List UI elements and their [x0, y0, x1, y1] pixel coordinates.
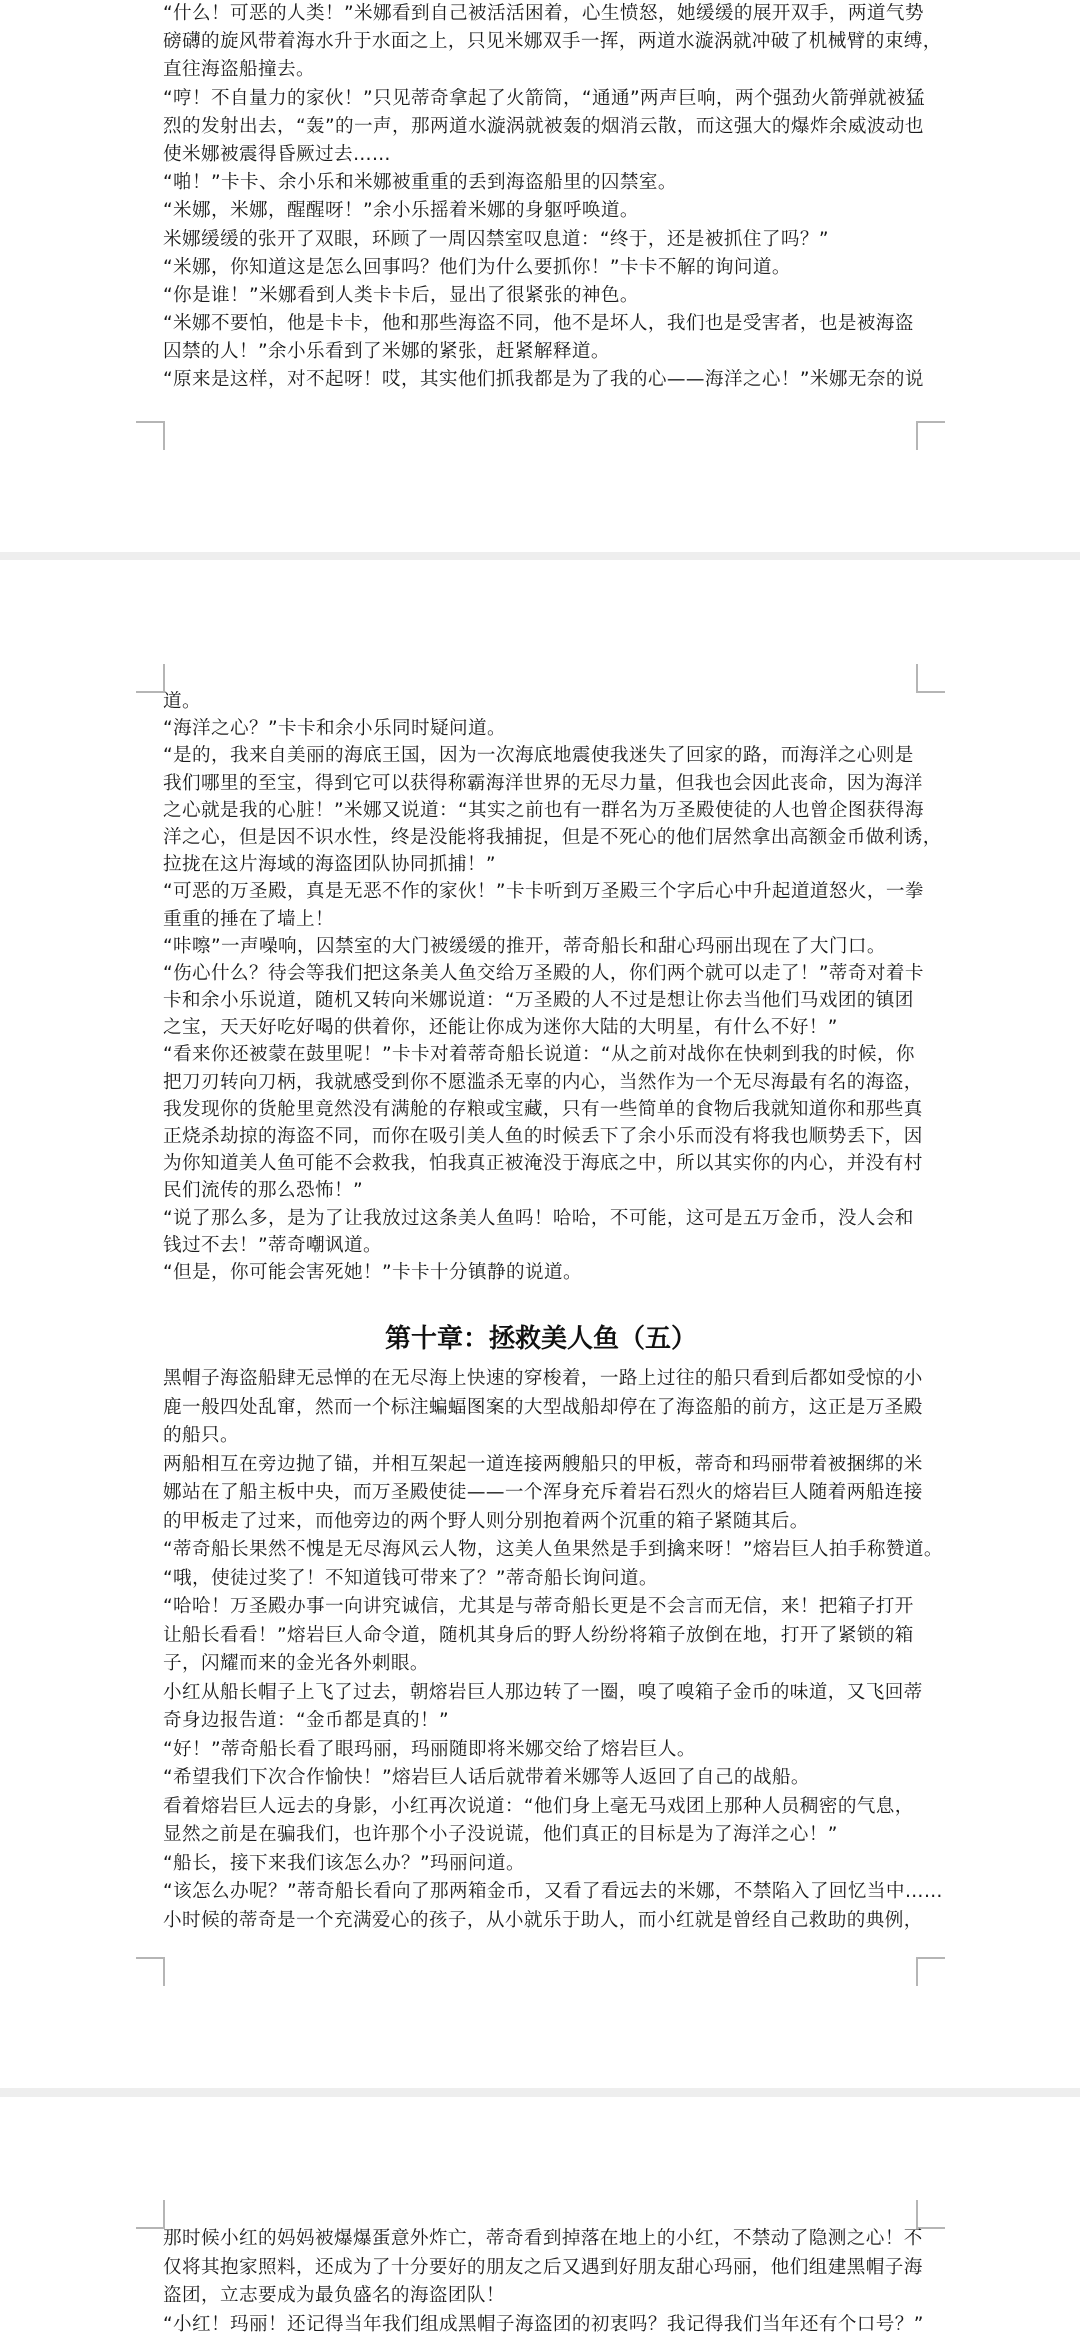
- text-line: 囚禁的人！”余小乐看到了米娜的紧张，赶紧解释道。: [163, 338, 919, 366]
- text-line: “咔嚓”一声噪响，囚禁室的大门被缓缓的推开，蒂奇船长和甜心玛丽出现在了大门口。: [163, 933, 919, 960]
- text-line: 为你知道美人鱼可能不会救我，怕我真正被淹没于海底之中，所以其实你的内心，并没有村: [163, 1150, 919, 1177]
- page-1-body: “什么！可恶的人类！”米娜看到自己被活活困着，心生愤怒，她缓缓的展开双手，两道气…: [163, 0, 919, 395]
- text-line: 重重的捶在了墙上！: [163, 906, 919, 933]
- text-line: “但是，你可能会害死她！”卡卡十分镇静的说道。: [163, 1259, 919, 1286]
- text-line: 黑帽子海盗船肆无忌惮的在无尽海上快速的穿梭着，一路上过往的船只看到后都如受惊的小: [163, 1365, 919, 1394]
- text-line: 烈的发射出去，“轰”的一声，那两道水漩涡就被轰的烟消云散，而这强大的爆炸余威波动…: [163, 113, 919, 141]
- page-2-body-top: 道。 “海洋之心？”卡卡和余小乐同时疑问道。 “是的，我来自美丽的海底王国，因为…: [163, 688, 919, 1286]
- text-line: “好！”蒂奇船长看了眼玛丽，玛丽随即将米娜交给了熔岩巨人。: [163, 1736, 919, 1765]
- text-line: “说了那么多，是为了让我放过这条美人鱼吗！哈哈，不可能，这可是五万金币，没人会和: [163, 1205, 919, 1232]
- text-line: “什么！可恶的人类！”米娜看到自己被活活困着，心生愤怒，她缓缓的展开双手，两道气…: [163, 0, 919, 28]
- text-line: “伤心什么？待会等我们把这条美人鱼交给万圣殿的人，你们两个就可以走了！”蒂奇对着…: [163, 960, 919, 987]
- page-separator: [0, 2088, 1080, 2097]
- text-line: “船长，接下来我们该怎么办？”玛丽问道。: [163, 1850, 919, 1879]
- page-separator: [0, 552, 1080, 560]
- text-line: 娜站在了船主板中央，而万圣殿使徒——一个浑身充斥着岩石烈火的熔岩巨人随着两船连接: [163, 1479, 919, 1508]
- text-line: 把刀刃转向刀柄，我就感受到你不愿滥杀无辜的内心，当然作为一个无尽海最有名的海盗，: [163, 1069, 919, 1096]
- document-page-3: 那时候小红的妈妈被爆爆蛋意外炸亡，蒂奇看到掉落在地上的小红，不禁动了隐测之心！不…: [0, 2097, 1080, 2340]
- text-line: 拉拢在这片海域的海盗团队协同抓捕！”: [163, 851, 919, 878]
- page-margin-corner-mark: [136, 1957, 165, 1986]
- text-line: “哦，使徒过奖了！不知道钱可带来了？”蒂奇船长询问道。: [163, 1565, 919, 1594]
- text-line: “蒂奇船长果然不愧是无尽海风云人物，这美人鱼果然是手到擒来呀！”熔岩巨人拍手称赞…: [163, 1536, 919, 1565]
- text-line: “啪！”卡卡、余小乐和米娜被重重的丢到海盗船里的囚禁室。: [163, 169, 919, 197]
- text-line: 我们哪里的至宝，得到它可以获得称霸海洋世界的无尽力量，但我也会因此丧命，因为海洋: [163, 770, 919, 797]
- text-line: 子，闪耀而来的金光各外刺眼。: [163, 1650, 919, 1679]
- text-line: 的船只。: [163, 1422, 919, 1451]
- text-line: 钱过不去！”蒂奇嘲讽道。: [163, 1232, 919, 1259]
- text-line: 我发现你的货舱里竟然没有满舱的存粮或宝藏，只有一些简单的食物后我就知道你和那些真: [163, 1096, 919, 1123]
- text-line: “原来是这样，对不起呀！哎，其实他们抓我都是为了我的心——海洋之心！”米娜无奈的…: [163, 366, 919, 394]
- text-line: 显然之前是在骗我们，也许那个小子没说谎，他们真正的目标是为了海洋之心！”: [163, 1821, 919, 1850]
- text-line: “你是谁！”米娜看到人类卡卡后，显出了很紧张的神色。: [163, 282, 919, 310]
- text-line: 盗团，立志要成为最负盛名的海盗团队！: [163, 2282, 919, 2311]
- text-line: “米娜不要怕，他是卡卡，他和那些海盗不同，他不是坏人，我们也是受害者，也是被海盗: [163, 310, 919, 338]
- text-line: 使米娜被震得昏厥过去……: [163, 141, 919, 169]
- page-margin-corner-mark: [136, 2200, 165, 2229]
- text-line: 鹿一般四处乱窜，然而一个标注蝙蝠图案的大型战船却停在了海盗船的前方，这正是万圣殿: [163, 1394, 919, 1423]
- text-line: “小红！玛丽！还记得当年我们组成黑帽子海盗团的初衷吗？我记得我们当年还有个口号？…: [163, 2311, 919, 2340]
- page-margin-corner-mark: [136, 421, 165, 450]
- page-margin-corner-mark: [916, 1957, 945, 1986]
- page-margin-corner-mark: [916, 2200, 945, 2229]
- page-margin-corner-mark: [916, 421, 945, 450]
- page-3-body: 那时候小红的妈妈被爆爆蛋意外炸亡，蒂奇看到掉落在地上的小红，不禁动了隐测之心！不…: [163, 2225, 919, 2339]
- text-line: “是的，我来自美丽的海底王国，因为一次海底地震使我迷失了回家的路，而海洋之心则是: [163, 742, 919, 769]
- page-margin-corner-mark: [136, 664, 165, 693]
- text-line: “哼！不自量力的家伙！”只见蒂奇拿起了火箭筒，“通通”两声巨响，两个强劲火箭弹就…: [163, 85, 919, 113]
- text-line: 小时候的蒂奇是一个充满爱心的孩子，从小就乐于助人，而小红就是曾经自己救助的典例，: [163, 1907, 919, 1936]
- text-line: “哈哈！万圣殿办事一向讲究诚信，尤其是与蒂奇船长更是不会言而无信，来！把箱子打开: [163, 1593, 919, 1622]
- text-line: 道。: [163, 688, 919, 715]
- page-margin-corner-mark: [916, 664, 945, 693]
- text-line: “希望我们下次合作愉快！”熔岩巨人话后就带着米娜等人返回了自己的战船。: [163, 1764, 919, 1793]
- text-line: 卡和余小乐说道，随机又转向米娜说道：“万圣殿的人不过是想让你去当他们马戏团的镇团: [163, 987, 919, 1014]
- text-line: 两船相互在旁边抛了锚，并相互架起一道连接两艘船只的甲板，蒂奇和玛丽带着被捆绑的米: [163, 1451, 919, 1480]
- text-line: “米娜，米娜，醒醒呀！”余小乐摇着米娜的身躯呼唤道。: [163, 197, 919, 225]
- text-line: 小红从船长帽子上飞了过去，朝熔岩巨人那边转了一圈，嗅了嗅箱子金币的味道，又飞回蒂: [163, 1679, 919, 1708]
- text-line: 那时候小红的妈妈被爆爆蛋意外炸亡，蒂奇看到掉落在地上的小红，不禁动了隐测之心！不: [163, 2225, 919, 2254]
- document-page-2: 道。 “海洋之心？”卡卡和余小乐同时疑问道。 “是的，我来自美丽的海底王国，因为…: [0, 560, 1080, 2088]
- text-line: 之宝，天天好吃好喝的供着你，还能让你成为迷你大陆的大明星，有什么不好！”: [163, 1014, 919, 1041]
- document-page-1: “什么！可恶的人类！”米娜看到自己被活活困着，心生愤怒，她缓缓的展开双手，两道气…: [0, 0, 1080, 552]
- text-line: 米娜缓缓的张开了双眼，环顾了一周囚禁室叹息道：“终于，还是被抓住了吗？”: [163, 226, 919, 254]
- text-line: 之心就是我的心脏！”米娜又说道：“其实之前也有一群名为万圣殿使徒的人也曾企图获得…: [163, 797, 919, 824]
- text-line: “看来你还被蒙在鼓里呢！”卡卡对着蒂奇船长说道：“从之前对战你在快刺到我的时候，…: [163, 1041, 919, 1068]
- page-2-body-bottom: 黑帽子海盗船肆无忌惮的在无尽海上快速的穿梭着，一路上过往的船只看到后都如受惊的小…: [163, 1365, 919, 1935]
- text-line: “米娜，你知道这是怎么回事吗？他们为什么要抓你！”卡卡不解的询问道。: [163, 254, 919, 282]
- text-line: 仅将其抱家照料，还成为了十分要好的朋友之后又遇到好朋友甜心玛丽，他们组建黑帽子海: [163, 2254, 919, 2283]
- text-line: 让船长看看！”熔岩巨人命令道，随机其身后的野人纷纷将箱子放倒在地，打开了紧锁的箱: [163, 1622, 919, 1651]
- text-line: 磅礴的旋风带着海水升于水面之上，只见米娜双手一挥，两道水漩涡就冲破了机械臂的束缚…: [163, 28, 919, 56]
- text-line: 的甲板走了过来，而他旁边的两个野人则分别抱着两个沉重的箱子紧随其后。: [163, 1508, 919, 1537]
- text-line: 洋之心，但是因不识水性，终是没能将我捕捉，但是不死心的他们居然拿出高额金币做利诱…: [163, 824, 919, 851]
- text-line: 正烧杀劫掠的海盗不同，而你在吸引美人鱼的时候丢下了余小乐而没有将我也顺势丢下，因: [163, 1123, 919, 1150]
- text-line: 看着熔岩巨人远去的身影，小红再次说道：“他们身上毫无马戏团上那种人员稠密的气息，: [163, 1793, 919, 1822]
- text-line: 直往海盗船撞去。: [163, 56, 919, 84]
- chapter-heading: 第十章：拯救美人鱼（五）: [163, 1319, 919, 1359]
- text-line: “海洋之心？”卡卡和余小乐同时疑问道。: [163, 715, 919, 742]
- text-line: 民们流传的那么恐怖！”: [163, 1177, 919, 1204]
- text-line: 奇身边报告道：“金币都是真的！”: [163, 1707, 919, 1736]
- text-line: “可恶的万圣殿，真是无恶不作的家伙！”卡卡听到万圣殿三个字后心中升起道道怒火，一…: [163, 878, 919, 905]
- text-line: “该怎么办呢？”蒂奇船长看向了那两箱金币，又看了看远去的米娜，不禁陷入了回忆当中…: [163, 1878, 919, 1907]
